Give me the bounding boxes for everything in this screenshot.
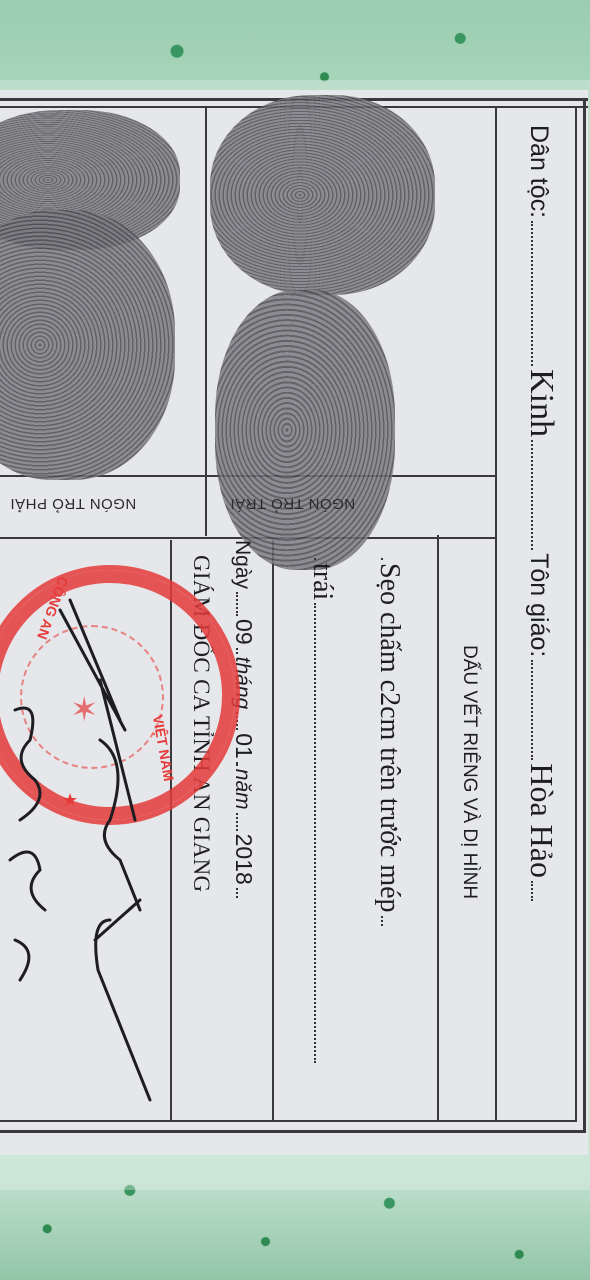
frame-right-rule: [583, 98, 586, 1133]
right-index-label: NGÓN TRỎ PHẢI: [10, 495, 136, 512]
ethnicity-label: Dân tộc:: [525, 125, 553, 218]
left-index-label: NGÓN TRỎ TRÁI: [230, 495, 355, 512]
fingerprint-left-top: [210, 95, 435, 295]
issue-month: 01: [231, 733, 257, 759]
frame-bottom-rule: [0, 1130, 585, 1133]
id-card-back: NGÓN TRỎ TRÁI NGÓN TRỎ PHẢI Dân tộc:Kinh…: [0, 90, 588, 1155]
fingerprint-right-index: [0, 210, 175, 480]
issue-year: 2018: [231, 834, 257, 885]
column-rule-fingerprint-divider: [205, 106, 207, 536]
ethnicity-row: Dân tộc:KinhTôn giáo:Hòa Hảo: [522, 125, 560, 904]
signature-icon: [0, 590, 180, 1110]
marks-line-2: trái: [306, 555, 338, 1066]
frame-bottom-inner-rule: [0, 1120, 575, 1122]
issue-day: 09: [231, 619, 257, 645]
column-rule-ethnicity: [495, 106, 497, 1122]
marks-line-1: Sẹo chấm c2cm trên trước mép: [373, 555, 405, 929]
frame-right-inner-rule: [575, 106, 577, 1122]
column-rule-marks-heading: [437, 535, 439, 1122]
fingerprint-left-index: [215, 290, 395, 570]
religion-value: Hòa Hảo: [524, 763, 560, 878]
ethnicity-value: Kinh: [523, 369, 560, 437]
marks-heading: DẤU VẾT RIÊNG VÀ DỊ HÌNH: [458, 645, 480, 899]
religion-label: Tôn giáo:: [525, 553, 553, 657]
column-rule-date: [272, 540, 274, 1122]
